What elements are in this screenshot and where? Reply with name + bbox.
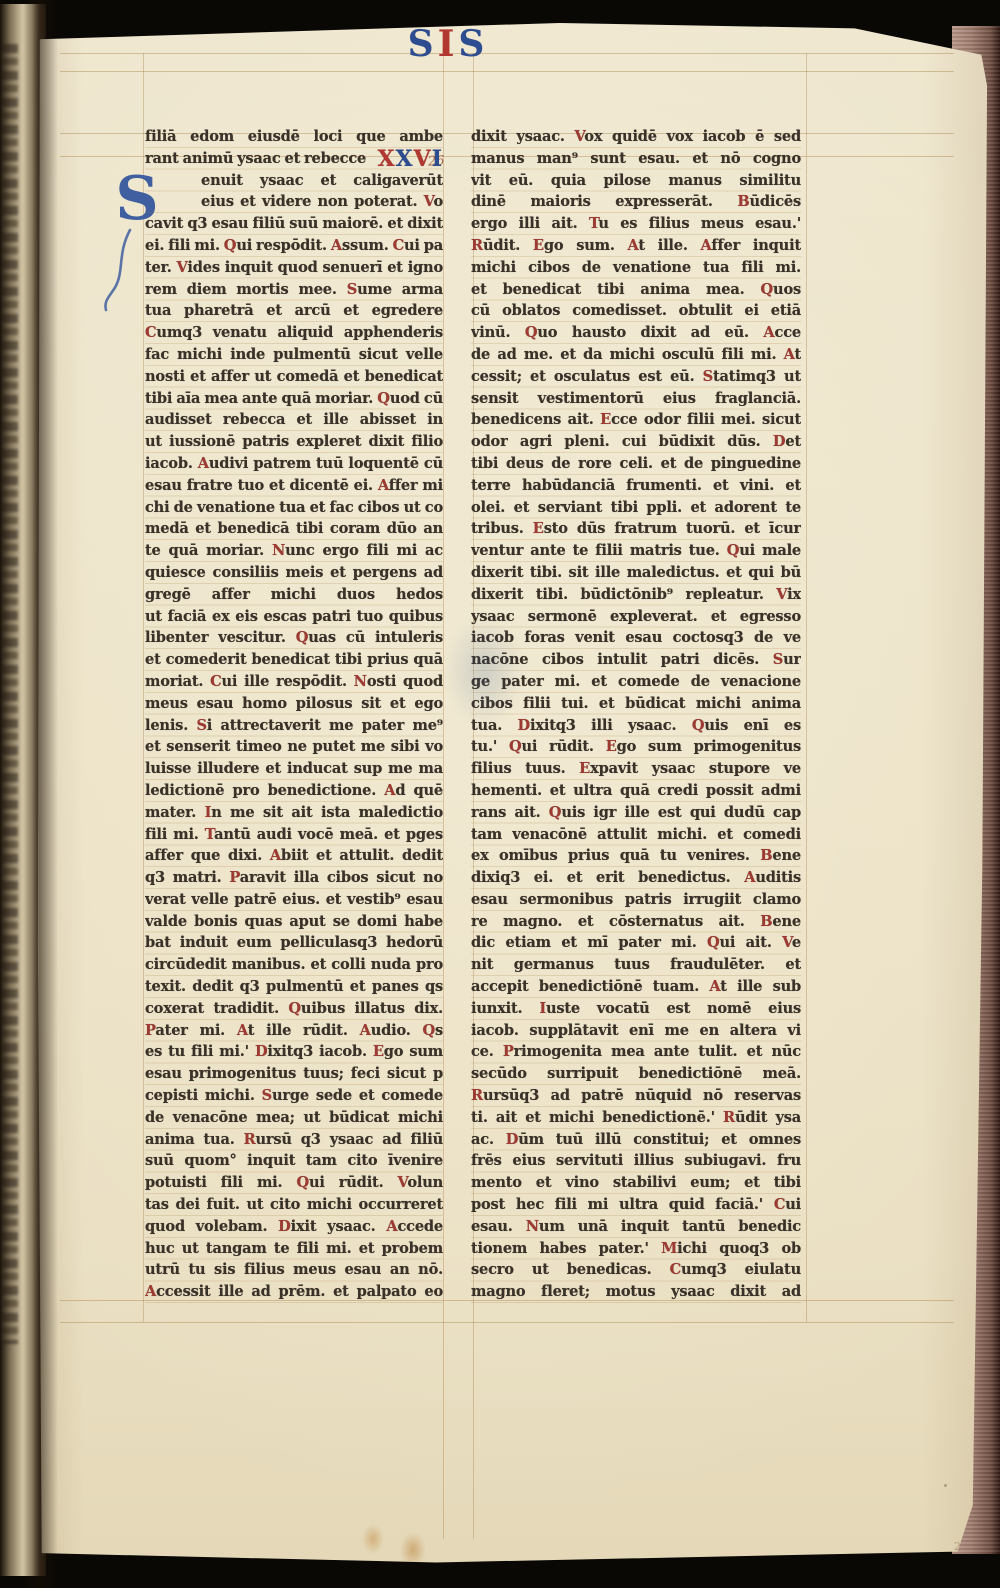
rubricated-capital: A: [360, 1022, 371, 1039]
text-line: eius et videre non poterat. Vo: [145, 191, 443, 213]
text-line: ut faciā ex eis escas patri tuo quibus: [145, 606, 443, 628]
rubricated-capital: T: [205, 826, 214, 843]
rubricated-capital: B: [760, 847, 772, 864]
rubricated-capital: Q: [707, 934, 720, 951]
text-line: secūdo surripuit benedictiōnē meā.: [471, 1063, 801, 1085]
text-line: nit germanus tuus fraudulēter. et: [471, 954, 801, 976]
rubricated-capital: Q: [296, 629, 309, 646]
rubricated-capital: S: [262, 1087, 272, 1104]
book-photograph: { "manuscript": { "running_header": { "l…: [0, 0, 1000, 1588]
text-line: ac. Dūm tuū illū constitui; et omnes: [471, 1129, 801, 1151]
rubricated-capital: A: [386, 1218, 397, 1235]
text-line: tu.' Qui rūdit. Ego sum primogenitus: [471, 736, 801, 758]
text-line: magno fleret; motus ysaac dixit ad: [471, 1281, 801, 1303]
ruling-line: [443, 53, 444, 1539]
rubricated-capital: C: [670, 1261, 681, 1278]
rubricated-capital: E: [600, 411, 611, 428]
chapter-numeral-letter: X: [377, 148, 395, 170]
gutter-shadow: [24, 0, 58, 1588]
text-line: verat velle patrē eius. et vestib⁹ esau: [145, 889, 443, 911]
rubricated-capital: Q: [727, 542, 740, 559]
rubricated-capital: C: [145, 324, 156, 341]
rubricated-capital: Q: [377, 390, 390, 407]
running-header-letter: I: [438, 23, 459, 65]
text-line: dinē maioris expresserāt. Būdicēs: [471, 191, 801, 213]
rubricated-capital: D: [773, 433, 785, 450]
text-line: circūdedit manibus. et colli nuda pro: [145, 954, 443, 976]
rubricated-capital: E: [373, 1043, 384, 1060]
initial-flourish: [102, 226, 136, 316]
rubricated-capital: S: [196, 717, 206, 734]
text-line: frēs eius servituti illius subiugavi. fr…: [471, 1150, 801, 1172]
rubricated-capital: C: [393, 237, 404, 254]
speck: [944, 1484, 947, 1487]
text-line: vinū. Quo hausto dixit ad eū. Acce: [471, 322, 801, 344]
rubricated-capital: N: [272, 542, 285, 559]
rubricated-capital: A: [701, 237, 712, 254]
text-line: ledictionē pro benedictione. Ad quē: [145, 780, 443, 802]
text-line: tas dei fuit. ut cito michi occurreret: [145, 1194, 443, 1216]
text-line: utrū tu sis filius meus esau an nō.: [145, 1259, 443, 1281]
text-line: ut iussionē patris expleret dixit filio …: [145, 431, 443, 453]
text-line: Accessit ille ad prēm. et palpato eo: [145, 1281, 443, 1303]
text-line: huc ut tangam te fili mi. et probem: [145, 1238, 443, 1260]
text-line: iunxit. Iuste vocatū est nomē eius: [471, 998, 801, 1020]
text-line: texit. dedit q3 pulmentū et panes qs: [145, 976, 443, 998]
text-line: mater. In me sit ait ista maledictio: [145, 802, 443, 824]
text-line: post hec fili mi ultra quid faciā.' Cui: [471, 1194, 801, 1216]
rubricated-capital: A: [763, 324, 774, 341]
text-line: ei. fili mi. Qui respōdit. Assum. Cui pa: [145, 235, 443, 257]
rubricated-capital: P: [503, 1043, 514, 1060]
rubricated-capital: Q: [692, 717, 705, 734]
text-line: Rūdit. Ego sum. At ille. Affer inquit: [471, 235, 801, 257]
rubricated-capital: Q: [525, 324, 538, 341]
ruling-line: [143, 53, 144, 1322]
rubricated-capital: A: [270, 847, 281, 864]
text-line: fili mi. Tantū audi vocē meā. et pges: [145, 824, 443, 846]
text-line: meus esau homo pilosus sit et ego: [145, 693, 443, 715]
text-line: rem diem mortis mee. Sume arma: [145, 279, 443, 301]
rubricated-capital: V: [776, 586, 787, 603]
text-line: hementi. et ultra quā credi possit admi: [471, 780, 801, 802]
rubricated-capital: R: [471, 1087, 483, 1104]
text-line: bat induit eum pelliculasq3 hedorū: [145, 932, 443, 954]
rubricated-capital: S: [773, 651, 783, 668]
text-line: dixiq3 ei. et erit benedictus. Auditis: [471, 867, 801, 889]
rubricated-capital: A: [237, 1022, 248, 1039]
rubricated-capital: D: [255, 1043, 267, 1060]
text-line: fac michi inde pulmentū sicut velle me: [145, 344, 443, 366]
ruling-line: [806, 53, 807, 1322]
ruling-line: [60, 1322, 954, 1323]
text-line: esau. Num unā inquit tantū benedic: [471, 1216, 801, 1238]
rubricated-capital: V: [424, 193, 434, 210]
chapter-numeral-letter: X: [396, 148, 414, 170]
rubricated-capital: Q: [549, 804, 562, 821]
rubricated-capital: Q: [288, 1000, 301, 1017]
text-line: ventur ante te filii matris tue. Qui mal…: [471, 540, 801, 562]
text-line: tam venacōnē attulit michi. et comedi: [471, 824, 801, 846]
rubricated-capital: A: [145, 1283, 156, 1300]
text-line: sensit vestimentorū eius fraglanciā.: [471, 388, 801, 410]
text-line: et comederit benedicat tibi prius quā: [145, 649, 443, 671]
text-line: cū oblatos comedisset. obtulit ei etiā: [471, 300, 801, 322]
text-line: affer que dixi. Abiit et attulit. dedit: [145, 845, 443, 867]
rubricated-capital: T: [589, 215, 598, 232]
text-line: iacob. Audivi patrem tuū loquentē cū: [145, 453, 443, 475]
rubricated-capital: A: [378, 477, 389, 494]
rubricated-capital: R: [244, 1131, 256, 1148]
stain: [400, 1532, 426, 1568]
text-line: nosti et affer ut comedā et benedicat: [145, 366, 443, 388]
rubricated-capital: N: [354, 673, 367, 690]
rubricated-capital: V: [398, 1174, 408, 1191]
chapter-numeral-letter: V: [414, 148, 432, 170]
text-line: et senserit timeo ne putet me sibi vo: [145, 736, 443, 758]
text-line: rant animū ysaac et rebecceXXVI: [145, 148, 443, 170]
text-line: filiā edom eiusdē loci que ambe offende: [145, 126, 443, 148]
text-line: filius tuus. Expavit ysaac stupore ve: [471, 758, 801, 780]
rubricated-capital: B: [737, 193, 749, 210]
rubricated-capital: M: [661, 1240, 677, 1257]
rubricated-capital: D: [506, 1131, 518, 1148]
text-line: esau fratre tuo et dicentē ei. Affer mi: [145, 475, 443, 497]
text-line: vit eū. quia pilose manus similitu: [471, 170, 801, 192]
text-line: dixit ysaac. Vox quidē vox iacob ē sed: [471, 126, 801, 148]
rubricated-capital: V: [177, 259, 188, 276]
text-line: secro ut benedicas. Cumq3 eiulatu: [471, 1259, 801, 1281]
rubricated-capital: P: [229, 869, 239, 886]
text-line: re magno. et cōsternatus ait. Bene: [471, 911, 801, 933]
text-line: audisset rebecca et ille abisset in agrū: [145, 409, 443, 431]
text-line: rans ait. Quis igr ille est qui dudū cap: [471, 802, 801, 824]
text-line: ce. Primogenita mea ante tulit. et nūc: [471, 1041, 801, 1063]
chapter-numeral: XXVI: [377, 148, 443, 170]
text-line: cavit q3 esau filiū suū maiorē. et dixit: [145, 213, 443, 235]
text-line: potuisti fili mi. Qui rūdit. Volun: [145, 1172, 443, 1194]
text-line: dic etiam et mī pater mi. Qui ait. Ve: [471, 932, 801, 954]
facing-page-text-ghost: [2, 44, 18, 1344]
text-line: dixerit tibi. sit ille maledictus. et qu…: [471, 562, 801, 584]
rubricated-capital: Q: [509, 738, 522, 755]
text-line: libenter vescitur. Quas cū intuleris: [145, 627, 443, 649]
text-line: accepit benedictiōnē tuam. At ille sub: [471, 976, 801, 998]
rubricated-capital: I: [539, 1000, 546, 1017]
text-line: de ad me. et da michi osculū fili mi. At: [471, 344, 801, 366]
rubricated-capital: A: [331, 237, 342, 254]
rubricated-capital: B: [760, 913, 772, 930]
text-line: tua. Dixitq3 illi ysaac. Quis enī es: [471, 715, 801, 737]
show-through-ghost: [444, 616, 524, 726]
text-line: medā et benedicā tibi coram dūo an: [145, 518, 443, 540]
rubricated-capital: C: [774, 1196, 785, 1213]
stain: [362, 1524, 384, 1554]
rubricated-capital: P: [145, 1022, 155, 1039]
rubricated-capital: A: [709, 978, 720, 995]
text-line: mento et vino stabilivi eum; et tibi: [471, 1172, 801, 1194]
text-line: Cumq3 venatu aliquid apphenderis: [145, 322, 443, 344]
text-line: quiesce consiliis meis et pergens ad: [145, 562, 443, 584]
rubricated-capital: S: [703, 368, 713, 385]
text-line: suū quom° inquit tam cito īvenire: [145, 1150, 443, 1172]
rubricated-capital: Q: [422, 1022, 435, 1039]
text-line: dixerit tibi. būdictōnib⁹ repleatur. Vix: [471, 584, 801, 606]
text-line: tribus. Esto dūs fratrum tuorū. et īcur: [471, 518, 801, 540]
rubricated-capital: A: [198, 455, 209, 472]
text-line: Rursūq3 ad patrē nūquid nō reservas: [471, 1085, 801, 1107]
text-column-right: dixit ysaac. Vox quidē vox iacob ē sedma…: [471, 126, 801, 1306]
rubricated-capital: V: [782, 934, 792, 951]
text-line: tionem habes pater.' Michi quoq3 ob: [471, 1238, 801, 1260]
text-line: tua pharetrā et arcū et egredere foras.: [145, 300, 443, 322]
text-line: ti. ait et michi benedictionē.' Rūdit ys…: [471, 1107, 801, 1129]
text-line: odor agri pleni. cui būdixit dūs. Det: [471, 431, 801, 453]
text-line: gregē affer michi duos hedos optimos.: [145, 584, 443, 606]
rubricated-capital: R: [471, 237, 483, 254]
ruling-line: [60, 71, 954, 72]
chapter-numeral-letter: I: [432, 148, 443, 170]
text-column-left: filiā edom eiusdē loci que ambe offender…: [145, 126, 443, 1306]
text-line: esau primogenitus tuus; feci sicut p: [145, 1063, 443, 1085]
text-line: luisse illudere et inducat sup me ma: [145, 758, 443, 780]
text-line: ergo illi ait. Tu es filius meus esau.': [471, 213, 801, 235]
text-line: q3 matri. Paravit illa cibos sicut no: [145, 867, 443, 889]
rubricated-capital: A: [784, 346, 795, 363]
manuscript-page: SIS 26 S filiā edom eiusdē loci que ambe…: [36, 16, 988, 1564]
text-line: michi cibos de venatione tua fili mi.: [471, 257, 801, 279]
rubricated-capital: A: [628, 237, 639, 254]
text-line: tibi deus de rore celi. et de pinguedine: [471, 453, 801, 475]
text-line: ysaac sermonē expleverat. et egresso: [471, 606, 801, 628]
rubricated-capital: Q: [224, 237, 237, 254]
rubricated-capital: C: [210, 673, 221, 690]
text-line: esau sermonibus patris irrugiit clamo: [471, 889, 801, 911]
text-line: es tu fili mi.' Dixitq3 iacob. Ego sum: [145, 1041, 443, 1063]
running-header-letter: S: [408, 23, 438, 65]
text-line: chi de venatione tua et fac cibos ut co: [145, 497, 443, 519]
running-header: SIS: [388, 22, 508, 70]
text-line: valde bonis quas aput se domi habe: [145, 911, 443, 933]
rubricated-capital: S: [347, 281, 357, 298]
text-line: Pater mi. At ille rūdit. Audio. Qs: [145, 1020, 443, 1042]
text-line: ex omībus prius quā tu venires. Bene: [471, 845, 801, 867]
text-line: enuit ysaac et caligaverūt oculi: [145, 170, 443, 192]
text-line: te quā moriar. Nunc ergo fili mi ac: [145, 540, 443, 562]
rubricated-capital: Q: [296, 1174, 309, 1191]
running-header-letter: S: [458, 23, 488, 65]
text-line: de venacōne mea; ut būdicat michi: [145, 1107, 443, 1129]
text-line: iacob. supplātavit enī me en altera vi: [471, 1020, 801, 1042]
rubricated-capital: A: [744, 869, 755, 886]
text-line: et benedicat tibi anima mea. Quos: [471, 279, 801, 301]
text-line: terre habūdanciā frumenti. et vini. et: [471, 475, 801, 497]
rubricated-capital: E: [533, 237, 544, 254]
rubricated-capital: E: [533, 520, 544, 537]
rubricated-capital: D: [518, 717, 530, 734]
rubricated-capital: N: [526, 1218, 539, 1235]
text-line: olei. et serviant tibi ppli. et adorent …: [471, 497, 801, 519]
rubricated-capital: D: [278, 1218, 290, 1235]
rubricated-capital: I: [205, 804, 212, 821]
text-line: lenis. Si attrectaverit me pater me⁹: [145, 715, 443, 737]
text-line: coxerat tradidit. Quibus illatus dix.: [145, 998, 443, 1020]
text-line: cepisti michi. Surge sede et comede: [145, 1085, 443, 1107]
text-line: moriat. Cui ille respōdit. Nosti quod fr: [145, 671, 443, 693]
rubricated-capital: E: [579, 760, 590, 777]
text-line: ter. Vides inquit quod senuerī et igno: [145, 257, 443, 279]
rubricated-capital: V: [575, 128, 585, 145]
text-line: benedicens ait. Ecce odor filii mei. sic…: [471, 409, 801, 431]
text-line: quod volebam. Dixit ysaac. Accede: [145, 1216, 443, 1238]
rubricated-capital: Q: [761, 281, 774, 298]
text-line: cessit; et osculatus est eū. Statimq3 ut: [471, 366, 801, 388]
rubricated-capital: R: [723, 1109, 735, 1126]
text-line: manus man⁹ sunt esau. et nō cogno: [471, 148, 801, 170]
rubricated-capital: A: [384, 782, 395, 799]
rubricated-capital: E: [606, 738, 617, 755]
text-line: anima tua. Rursū q3 ysaac ad filiū: [145, 1129, 443, 1151]
text-line: tibi aīa mea ante quā moriar. Quod cū: [145, 388, 443, 410]
